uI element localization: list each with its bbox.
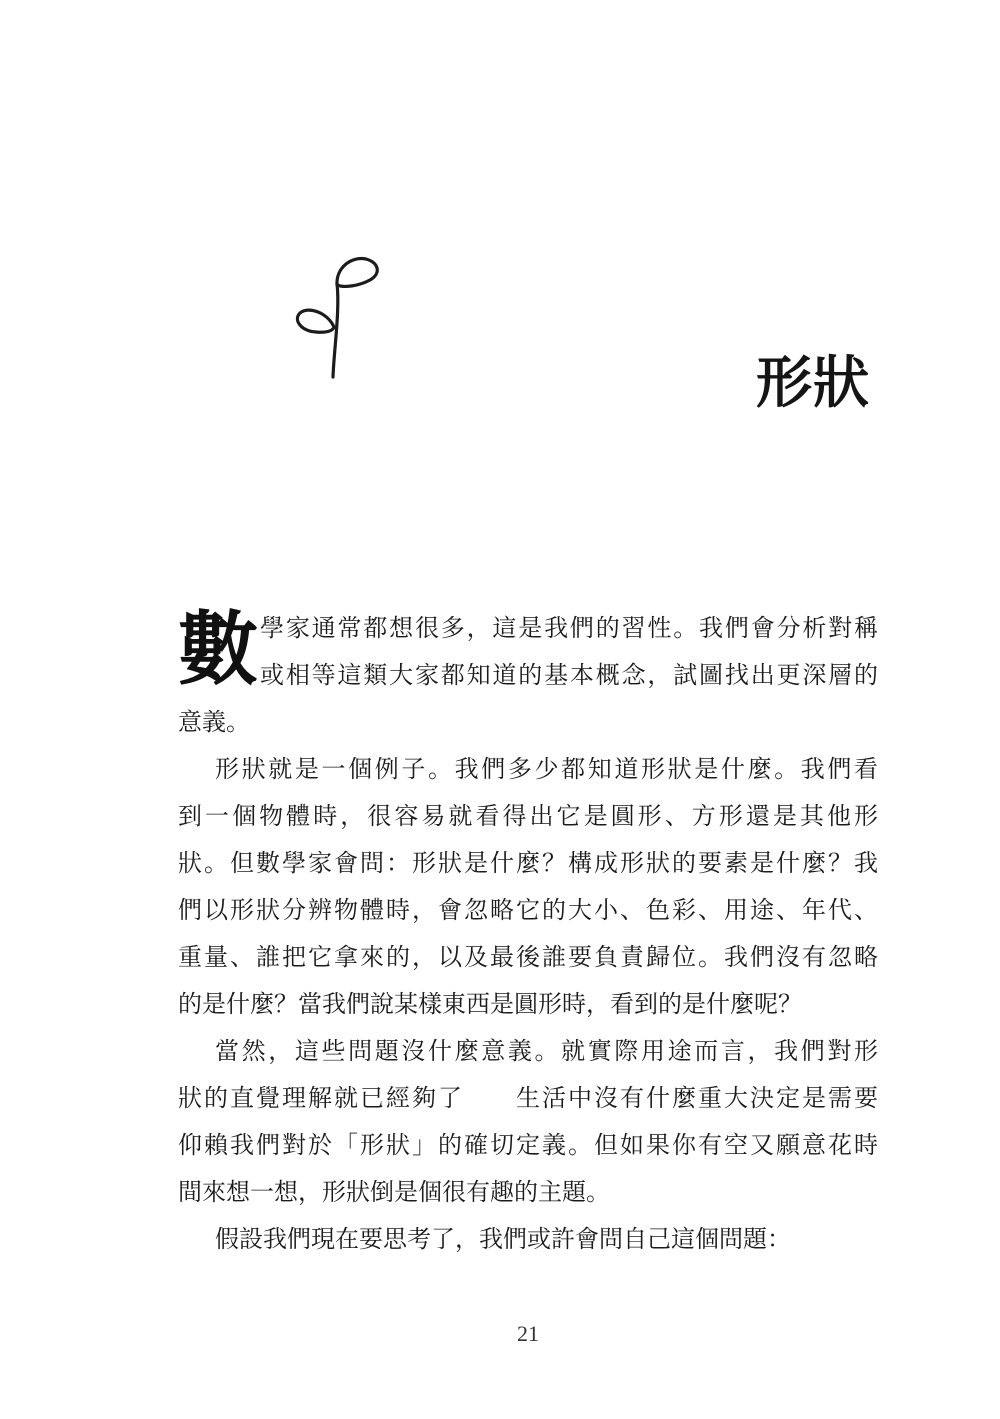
paragraph-1: 數 學家通常都想很多，這是我們的習性。我們會分析對稱 或相等這類大家都知道的基本… [178, 606, 878, 747]
text-line: 到一個物體時，很容易就看得出它是圓形、方形還是其他形 [178, 794, 878, 841]
text-line: 形狀就是一個例子。我們多少都知道形狀是什麼。我們看 [178, 747, 878, 794]
book-page: 形狀 數 學家通常都想很多，這是我們的習性。我們會分析對稱 或相等這類大家都知道… [0, 0, 1000, 1419]
page-number: 21 [178, 1320, 878, 1348]
chapter-title: 形狀 [756, 352, 870, 416]
text-line: 間來想一想，形狀倒是個很有趣的主題。 [178, 1170, 878, 1217]
sprout-icon [292, 253, 386, 381]
text-line: 重量、誰把它拿來的，以及最後誰要負責歸位。我們沒有忽略 [178, 935, 878, 982]
text-line: 仰賴我們對於「形狀」的確切定義。但如果你有空又願意花時 [178, 1123, 878, 1170]
text-line: 意義。 [178, 700, 878, 747]
text-line: 們以形狀分辨物體時，會忽略它的大小、色彩、用途、年代、 [178, 888, 878, 935]
text-line: 假設我們現在要思考了，我們或許會問自己這個問題： [178, 1217, 878, 1264]
text-line: 狀。但數學家會問：形狀是什麼？構成形狀的要素是什麼？我 [178, 841, 878, 888]
text-line: 或相等這類大家都知道的基本概念，試圖找出更深層的 [178, 653, 878, 700]
paragraph-3: 當然，這些問題沒什麼意義。就實際用途而言，我們對形 狀的直覺理解就已經夠了 生活… [178, 1029, 878, 1217]
text-line: 的是什麼？當我們說某樣東西是圓形時，看到的是什麼呢？ [178, 982, 878, 1029]
text-line: 狀的直覺理解就已經夠了 生活中沒有什麼重大決定是需要 [178, 1076, 878, 1123]
text-line: 當然，這些問題沒什麼意義。就實際用途而言，我們對形 [178, 1029, 878, 1076]
body-text: 數 學家通常都想很多，這是我們的習性。我們會分析對稱 或相等這類大家都知道的基本… [178, 606, 878, 1264]
paragraph-2: 形狀就是一個例子。我們多少都知道形狀是什麼。我們看 到一個物體時，很容易就看得出… [178, 747, 878, 1029]
text-line: 學家通常都想很多，這是我們的習性。我們會分析對稱 [178, 606, 878, 653]
paragraph-4: 假設我們現在要思考了，我們或許會問自己這個問題： [178, 1217, 878, 1264]
dropcap-character: 數 [178, 606, 260, 700]
